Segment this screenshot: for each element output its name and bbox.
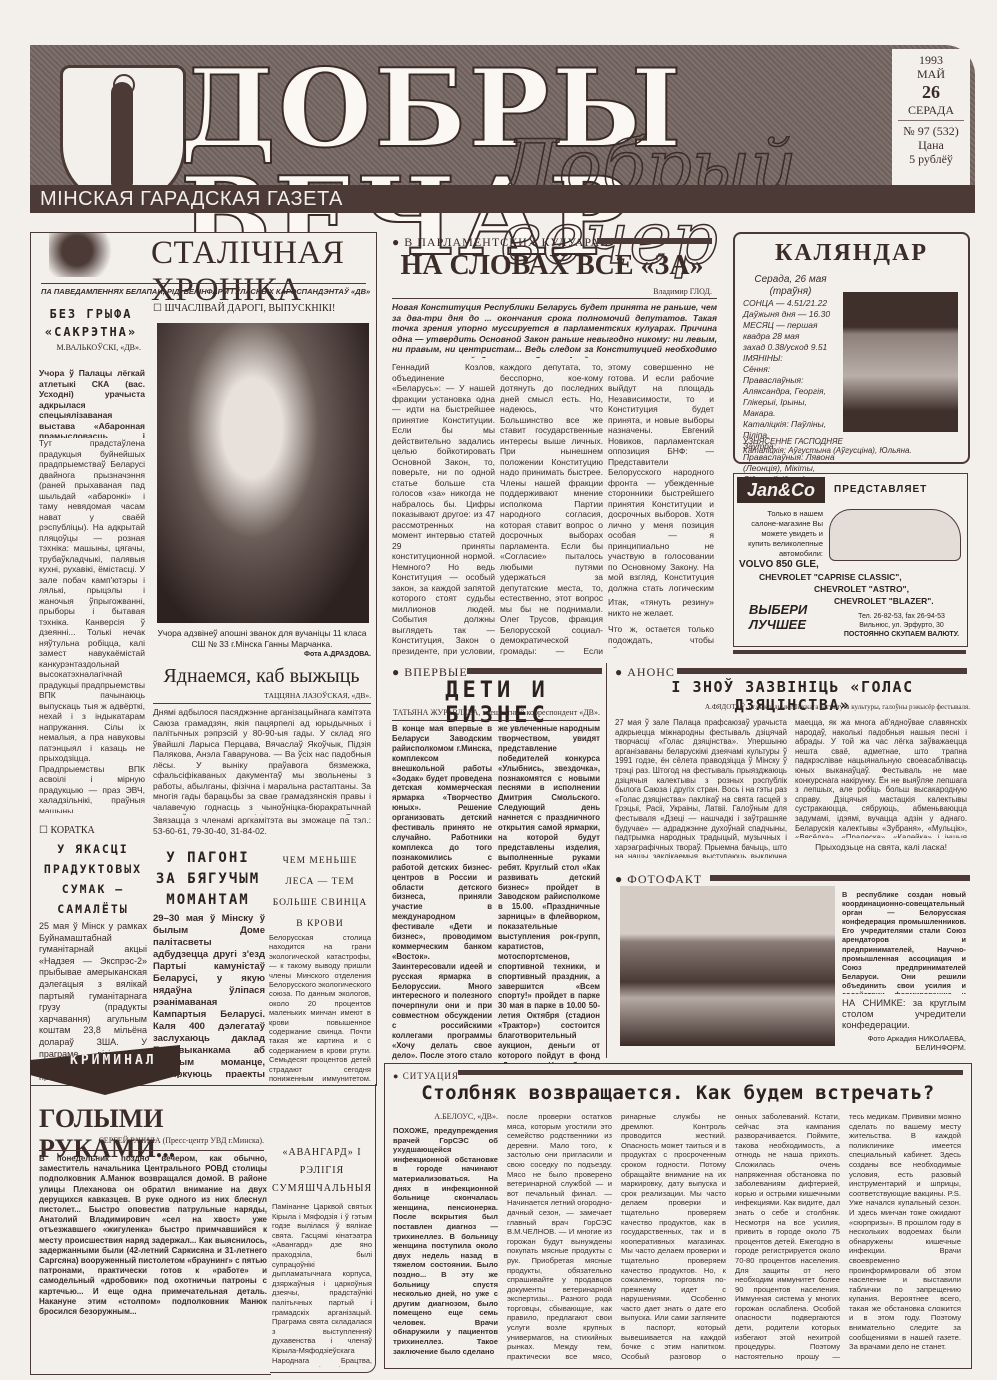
moon-times: захад 0.38/ускод 9.51 bbox=[743, 342, 838, 353]
kicker-graduates: ☐ ШЧАСЛІВАЙ ДАРОГІ, ВЫПУСКНІКІ! bbox=[153, 303, 335, 314]
parliament-rubric: В ПАРЛАМЕНТСКИХ КУЛУАРАХ bbox=[392, 233, 712, 251]
jan-co-advertisement: Jan&Co ПРЕДСТАВЛЯЕТ Только в нашем салон… bbox=[733, 473, 968, 647]
ad-contacts: Тел. 26-82-53, fax 26-94-53 Вильнюс, ул.… bbox=[839, 612, 964, 639]
round-table-photo bbox=[620, 886, 835, 1046]
parliament-byline: Владимир ГЛОД. bbox=[392, 287, 712, 296]
ad-presents: ПРЕДСТАВЛЯЕТ bbox=[834, 484, 927, 495]
crime-byline: СЕРГЕЙ РАЧИЛА (Пресс-центр УВД г.Минска)… bbox=[39, 1136, 264, 1145]
festival-closing: Прыходзьце на свята, калі ласка! bbox=[795, 842, 967, 854]
ad-brand: Jan&Co bbox=[737, 477, 825, 503]
headline-secret: БЕЗ ГРЫФА «САКРЭТНА» bbox=[41, 305, 141, 341]
graduate-photo bbox=[157, 323, 369, 623]
ad-car-3: CHEVROLET "ASTRO", bbox=[814, 584, 909, 594]
calendar-title: КАЛЯНДАР bbox=[735, 240, 968, 267]
photofact-body: В республике создан новый координационно… bbox=[842, 890, 966, 994]
kicker-briefly: ☐ КОРАТКА bbox=[39, 825, 95, 836]
checkbox-icon: ☐ bbox=[153, 303, 164, 314]
checkbox-icon: ☐ bbox=[39, 825, 50, 836]
headline-unite: Яднаемся, каб выжыць bbox=[149, 665, 374, 688]
article-body: Белорусская столица находится на грани э… bbox=[269, 933, 371, 1083]
photofact-credit: Фото Аркадия НИКОЛАЕВА, БЕЛИНФОРМ. bbox=[842, 1034, 966, 1052]
situation-section: СИТУАЦИЯ Столбняк возвращается. Как буде… bbox=[384, 1063, 972, 1369]
festival-byline: А.ФЯДОТАЎ, ст.выкладчык Мінскага інстыту… bbox=[615, 703, 970, 711]
namedays-catholic-tomorrow: Каталіцкія: Аўгустына (Аўгусціна), Юльян… bbox=[743, 446, 963, 455]
feast-name: ЎЗНЯСЕННЕ ГАСПОДНЯЕ bbox=[743, 437, 963, 446]
article-body: Памінанне Царквой святых Кірыла і Мяфодз… bbox=[272, 1202, 372, 1367]
article-body: Тут прадстаўлена прадукцыя буйнейшых пра… bbox=[39, 438, 145, 813]
issue-year: 1993 bbox=[892, 53, 970, 67]
price-value: 5 рублёў bbox=[892, 152, 970, 166]
calendar-box: КАЛЯНДАР Серада, 26 мая (траўня) СОНЦА —… bbox=[733, 232, 970, 464]
ad-phone: Тел. 26-82-53, fax 26-94-53 bbox=[839, 612, 964, 621]
issue-number: № 97 (532) bbox=[892, 124, 970, 138]
headline-planes: У ЯКАСЦІ ПРАДУКТОВЫХ СУМАК — САМАЛЁТЫ bbox=[39, 839, 147, 919]
parliament-column-3: этому совершенно не готова. И если рабоч… bbox=[608, 362, 714, 594]
namedays-orthodox-today: Праваслаўныя: Аляксандра, Георгія, Гліке… bbox=[743, 375, 838, 419]
ad-slogan: ВЫБЕРИЛУЧШЕЕ bbox=[749, 602, 807, 632]
business-column-1: В конце мая впервые в Беларуси Заводским… bbox=[392, 724, 492, 1064]
moon-phase: МЕСЯЦ — першая квадра 28 мая bbox=[743, 320, 838, 342]
contact-phones: Звязацца з членамі аргкамітэта вы зможац… bbox=[153, 815, 371, 839]
newspaper-subtitle: МІНСКАЯ ГАРАДСКАЯ ГАЗЕТА bbox=[40, 188, 343, 211]
lake-photo bbox=[843, 292, 958, 432]
ad-car-1: VOLVO 850 GLE, bbox=[739, 559, 819, 570]
headline-avangard: «АВАНГАРД» І РЭЛІГІЯ СУМЯШЧАЛЬНЫЯ bbox=[272, 1144, 372, 1198]
calendar-date: Серада, 26 мая (траўня) bbox=[743, 274, 838, 298]
sun-times: СОНЦА — 4.51/21.22 bbox=[743, 298, 838, 309]
parliament-closing-2: Что ж, остается только подождать, чтобы … bbox=[608, 624, 714, 648]
issue-date-box: 1993 МАЙ 26 СЕРАДА № 97 (532) Цана 5 руб… bbox=[892, 49, 970, 195]
parliament-column-1: Геннадий Козлов, объединение «Беларусь»:… bbox=[392, 362, 495, 657]
parliament-headline: НА СЛОВАХ ВСЕ «ЗА» bbox=[392, 250, 712, 282]
car-illustration-icon bbox=[829, 509, 961, 561]
crime-section: ГОЛЫМИ РУКАМИ... СЕРГЕЙ РАЧИЛА (Пресс-це… bbox=[30, 1084, 271, 1375]
headline-lead-in-blood: ЧЕМ МЕНЬШЕ ЛЕСА — ТЕМ БОЛЬШЕ СВИНЦА В КР… bbox=[269, 851, 371, 935]
chronicle-header: СТАЛІЧНАЯ ХРОНІКА bbox=[151, 235, 376, 309]
photofact-caption: НА СНИМКЕ: за круглым столом учредители … bbox=[842, 998, 966, 1032]
issue-weekday: СЕРАДА bbox=[892, 103, 970, 117]
crime-label: КРИМИНАЛ bbox=[70, 1053, 157, 1068]
price-label: Цана bbox=[892, 138, 970, 152]
issue-month: МАЙ bbox=[892, 67, 970, 81]
religion-section: «АВАНГАРД» І РЭЛІГІЯ СУМЯШЧАЛЬНЫЯ Паміна… bbox=[270, 1084, 376, 1373]
photo-credit: Фота А.ДРАЗДОВА. bbox=[153, 651, 371, 658]
situation-rubric: СИТУАЦИЯ bbox=[393, 1071, 459, 1081]
subtitle-bar: МІНСКАЯ ГАРАДСКАЯ ГАЗЕТА bbox=[30, 185, 975, 213]
street-lamp-icon bbox=[49, 233, 119, 277]
situation-headline: Столбняк возвращается. Как будем встреча… bbox=[385, 1082, 971, 1104]
photo-caption: Учора адзвінеў апошні званок для вучаніц… bbox=[153, 628, 371, 650]
namedays-label: ІМЯНІНЫ: bbox=[743, 353, 838, 364]
headline-pursuit: У ПАГОНІ ЗА БЯГУЧЫМ МОМАНТАМ bbox=[153, 848, 263, 911]
article-body: В понедельник поздно вечером, как обычно… bbox=[39, 1154, 267, 1369]
ad-address: Вильнюс, ул. Эрфурто, 30 bbox=[839, 621, 964, 630]
issue-day: 26 bbox=[892, 81, 970, 103]
byline-lazouskaya: ТАЦЦЯНА ЛАЗОЎСКАЯ, «ДВ». bbox=[149, 691, 371, 700]
parliament-lead: Новая Конституция Республики Беларусь бу… bbox=[392, 302, 717, 358]
day-length: Даўжыня дня — 16.30 bbox=[743, 309, 838, 320]
festival-column-2: маецца, як жа многа аб'ядноўвае славянск… bbox=[795, 718, 967, 838]
ad-intro: Только в нашем салоне-магазине Вы можете… bbox=[739, 509, 823, 559]
situation-column-3: ринарные службы не дремлют. Контроль про… bbox=[621, 1112, 726, 1362]
ad-currency: ПОСТОЯННО СКУПАЕМ ВАЛЮТУ. bbox=[839, 630, 964, 639]
situation-column-4: онных заболеваний. Кстати, сейчас эта ка… bbox=[735, 1112, 840, 1362]
article-body: Днямі адбылося пасяджэнне арганізацыйнаг… bbox=[153, 707, 371, 815]
business-column-2: же увлеченные народным творчеством, увид… bbox=[498, 724, 600, 1064]
parliament-closing-1: Итак, «тянуть резину» никто не желает. bbox=[608, 597, 714, 621]
parliament-column-2: каждого депутата, то, бесспорно, кое-ком… bbox=[500, 362, 603, 657]
article-lead: Учора ў Палацы лёгкай атлетыкі СКА (вас.… bbox=[39, 368, 145, 438]
situation-column-2: после проверки остатков мяса, которым уг… bbox=[507, 1112, 612, 1362]
chronicle-sources: ПА ПАВЕДАМЛЕННЯХ БЕЛАПАН, РІД, БЕЛІНФАРМ… bbox=[41, 287, 370, 296]
situation-column-5: тесь медикам. Прививки можно сделать по … bbox=[849, 1112, 961, 1362]
business-byline: ТАТЬЯНА ЖУРАВЛЕВА, внештатный корреспонд… bbox=[392, 708, 600, 717]
festival-column-1: 27 мая ў зале Палаца прафсаюзаў урачыста… bbox=[615, 718, 787, 858]
situation-byline: А.БЕЛОУС, «ДВ». bbox=[393, 1112, 498, 1121]
situation-column-1: ПОХОЖЕ, предупреждения врачей ГорСЭС об … bbox=[393, 1126, 498, 1361]
chronicle-section: СТАЛІЧНАЯ ХРОНІКА ПА ПАВЕДАМЛЕННЯХ БЕЛАП… bbox=[30, 232, 377, 1086]
ad-car-2: CHEVROLET "CAPRISE CLASSIC", bbox=[759, 572, 902, 582]
ad-car-4: CHEVROLET "BLAZER". bbox=[834, 596, 934, 606]
byline-valkouski: М.ВАЛЬКОЎСКІ, «ДВ». bbox=[41, 343, 141, 352]
